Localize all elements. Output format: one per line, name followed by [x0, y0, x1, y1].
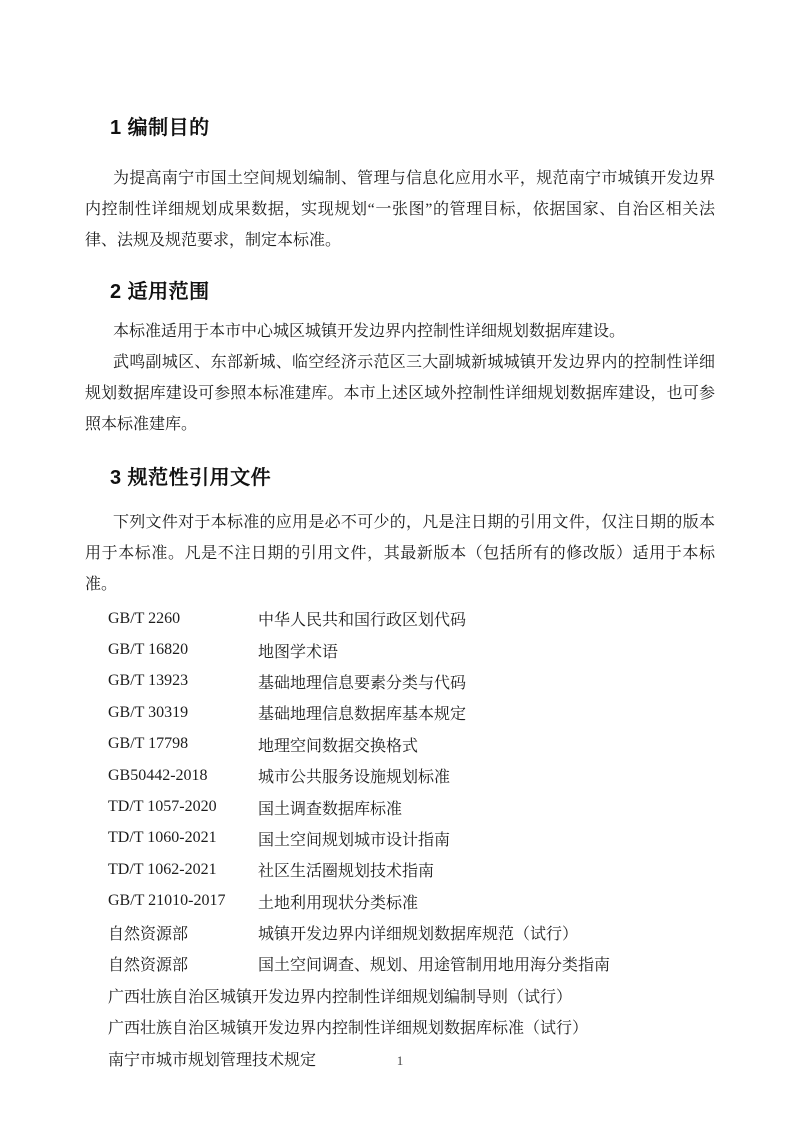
reference-code: GB50442-2018 [108, 767, 258, 785]
reference-code: GB/T 30319 [108, 704, 258, 722]
reference-code: 自然资源部 [108, 921, 258, 944]
section-1-heading: 1 编制目的 [85, 113, 715, 143]
reference-code: GB/T 2260 [108, 610, 258, 628]
reference-code: TD/T 1062-2021 [108, 861, 258, 879]
section-normative-references: 3 规范性引用文件 下列文件对于本标准的应用是必不可少的，凡是注日期的引用文件，… [85, 463, 715, 1074]
reference-title: 土地利用现状分类标准 [258, 890, 715, 913]
reference-code: GB/T 16820 [108, 641, 258, 659]
reference-row: GB/T 16820 地图学术语 [85, 634, 715, 665]
reference-title: 基础地理信息要素分类与代码 [258, 670, 715, 693]
reference-row: TD/T 1060-2021 国土空间规划城市设计指南 [85, 823, 715, 854]
reference-row: GB50442-2018 城市公共服务设施规划标准 [85, 760, 715, 791]
reference-code: GB/T 21010-2017 [108, 892, 258, 910]
reference-title: 广西壮族自治区城镇开发边界内控制性详细规划数据库标准（试行） [108, 1015, 715, 1038]
section-2-paragraph-1: 本标准适用于本市中心城区城镇开发边界内控制性详细规划数据库建设。 [85, 316, 715, 347]
reference-title: 中华人民共和国行政区划代码 [258, 607, 715, 630]
reference-row: GB/T 17798 地理空间数据交换格式 [85, 729, 715, 760]
reference-row: TD/T 1062-2021 社区生活圈规划技术指南 [85, 854, 715, 885]
reference-code: GB/T 17798 [108, 735, 258, 753]
reference-title: 国土调查数据库标准 [258, 796, 715, 819]
section-purpose: 1 编制目的 为提高南宁市国土空间规划编制、管理与信息化应用水平，规范南宁市城镇… [85, 113, 715, 256]
reference-title: 基础地理信息数据库基本规定 [258, 701, 715, 724]
reference-row: 自然资源部 城镇开发边界内详细规划数据库规范（试行） [85, 917, 715, 948]
reference-code: 自然资源部 [108, 952, 258, 975]
reference-code: TD/T 1060-2021 [108, 829, 258, 847]
page-number: 1 [0, 1053, 800, 1069]
reference-row: TD/T 1057-2020 国土调查数据库标准 [85, 791, 715, 822]
reference-title: 地理空间数据交换格式 [258, 733, 715, 756]
reference-code: GB/T 13923 [108, 672, 258, 690]
reference-code: TD/T 1057-2020 [108, 798, 258, 816]
reference-row: 广西壮族自治区城镇开发边界内控制性详细规划数据库标准（试行） [85, 1011, 715, 1042]
page-content: 1 编制目的 为提高南宁市国土空间规划编制、管理与信息化应用水平，规范南宁市城镇… [0, 0, 800, 1074]
reference-title: 国土空间规划城市设计指南 [258, 827, 715, 850]
document-page: 1 编制目的 为提高南宁市国土空间规划编制、管理与信息化应用水平，规范南宁市城镇… [0, 0, 800, 1132]
reference-title: 广西壮族自治区城镇开发边界内控制性详细规划编制导则（试行） [108, 984, 715, 1007]
reference-row: 广西壮族自治区城镇开发边界内控制性详细规划编制导则（试行） [85, 980, 715, 1011]
reference-row: GB/T 2260 中华人民共和国行政区划代码 [85, 603, 715, 634]
section-2-paragraph-2: 武鸣副城区、东部新城、临空经济示范区三大副城新城城镇开发边界内的控制性详细规划数… [85, 347, 715, 440]
section-3-heading: 3 规范性引用文件 [85, 463, 715, 493]
reference-title: 城镇开发边界内详细规划数据库规范（试行） [258, 921, 715, 944]
reference-row: GB/T 21010-2017 土地利用现状分类标准 [85, 886, 715, 917]
reference-list: GB/T 2260 中华人民共和国行政区划代码 GB/T 16820 地图学术语… [85, 603, 715, 1074]
section-1-paragraph: 为提高南宁市国土空间规划编制、管理与信息化应用水平，规范南宁市城镇开发边界内控制… [85, 163, 715, 256]
section-3-paragraph: 下列文件对于本标准的应用是必不可少的，凡是注日期的引用文件，仅注日期的版本用于本… [85, 507, 715, 600]
reference-title: 社区生活圈规划技术指南 [258, 858, 715, 881]
reference-row: GB/T 30319 基础地理信息数据库基本规定 [85, 697, 715, 728]
section-2-heading: 2 适用范围 [85, 277, 715, 307]
reference-title: 国土空间调查、规划、用途管制用地用海分类指南 [258, 952, 715, 975]
reference-title: 城市公共服务设施规划标准 [258, 764, 715, 787]
reference-row: 自然资源部 国土空间调查、规划、用途管制用地用海分类指南 [85, 948, 715, 979]
reference-title: 地图学术语 [258, 639, 715, 662]
section-scope: 2 适用范围 本标准适用于本市中心城区城镇开发边界内控制性详细规划数据库建设。 … [85, 277, 715, 440]
reference-row: GB/T 13923 基础地理信息要素分类与代码 [85, 666, 715, 697]
